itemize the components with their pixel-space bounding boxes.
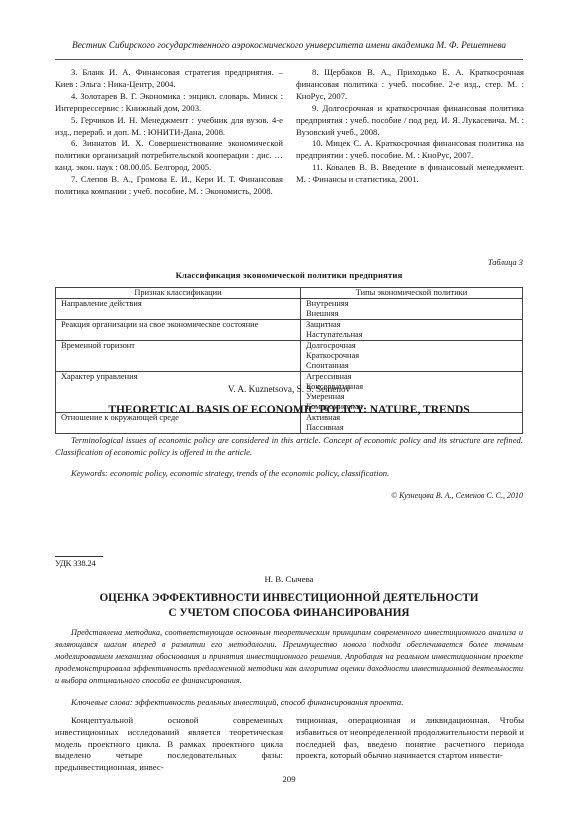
policy-type: Краткосрочная (306, 351, 517, 361)
policy-type: Долгосрочная (306, 341, 517, 351)
english-abstract: Terminological issues of economic policy… (55, 435, 523, 459)
policy-type: Агрессивная (306, 372, 517, 382)
reference-item: 9. Долгосрочная и краткосрочная финансов… (296, 103, 524, 139)
reference-item: 8. Щербаков В. А., Приходько Е. А. Кратк… (296, 67, 524, 103)
copyright: © Кузнецова В. А., Семенов С. С., 2010 (55, 491, 523, 500)
running-head: Вестник Сибирского государственного аэро… (55, 41, 523, 51)
english-authors: V. A. Kuznetsova, S. S. Semenov (55, 384, 523, 394)
table-row: Реакция организации на свое экономическо… (56, 320, 523, 341)
russian-title: ОЦЕНКА ЭФФЕКТИВНОСТИ ИНВЕСТИЦИОННОЙ ДЕЯТ… (55, 591, 523, 620)
reference-item: 11. Ковалев В. В. Введение в финансовый … (296, 162, 524, 186)
reference-item: 10. Мицек С. А. Краткосрочная финансовая… (296, 138, 524, 162)
criterion-cell: Реакция организации на свое экономическо… (56, 320, 301, 341)
table-header-types: Типы экономической политики (301, 288, 523, 299)
russian-keywords: Ключевые слова: эффективность реальных и… (55, 697, 523, 707)
udk-code: УДК 338.24 (55, 558, 96, 568)
page-number: 209 (55, 774, 523, 784)
body-text-right: тиционная, операционная и ликвидационная… (296, 715, 524, 762)
udk-rule (55, 556, 103, 557)
references-left-column: 3. Бланк И. А. Финансовая стратегия пред… (55, 67, 283, 198)
table-header-criterion: Признак классификации (56, 288, 301, 299)
table-row: Временной горизонтДолгосрочнаяКраткосроч… (56, 341, 523, 372)
policy-type: Наступательная (306, 330, 517, 340)
table-label: Таблица 3 (55, 258, 523, 267)
policy-type: Внутренняя (306, 299, 517, 309)
reference-item: 4. Золотарев В. Г. Экономика : энцикл. с… (55, 91, 283, 115)
types-cell: ДолгосрочнаяКраткосрочнаяСпонтанная (301, 341, 523, 372)
references-right-column: 8. Щербаков В. А., Приходько Е. А. Кратк… (296, 67, 524, 186)
criterion-cell: Временной горизонт (56, 341, 301, 372)
russian-title-line-1: ОЦЕНКА ЭФФЕКТИВНОСТИ ИНВЕСТИЦИОННОЙ ДЕЯТ… (55, 591, 523, 606)
policy-type: Пассивная (306, 423, 517, 433)
policy-type: Внешняя (306, 309, 517, 319)
policy-type: Защитная (306, 320, 517, 330)
reference-item: 6. Зиннатов И. Х. Совершенствование экон… (55, 138, 283, 174)
types-cell: ЗащитнаяНаступательная (301, 320, 523, 341)
policy-type: Спонтанная (306, 361, 517, 371)
body-text-left: Концептуальной основой современных инвес… (55, 715, 283, 774)
english-title: THEORETICAL BASIS OF ECONOMIC POLICY: NA… (55, 404, 523, 416)
english-keywords: Keywords: economic policy, economic stra… (55, 468, 523, 478)
reference-item: 5. Герчиков И. Н. Менеджмент : учебник д… (55, 115, 283, 139)
types-cell: ВнутренняяВнешняя (301, 299, 523, 320)
russian-title-line-2: С УЧЕТОМ СПОСОБА ФИНАНСИРОВАНИЯ (55, 606, 523, 621)
russian-abstract: Представлена методика, соответствующая о… (55, 627, 523, 687)
table-row: Направление действияВнутренняяВнешняя (56, 299, 523, 320)
reference-item: 7. Слепов В. А., Громова Е. И., Кери И. … (55, 174, 283, 198)
russian-author: Н. В. Сычева (55, 574, 523, 584)
header-rule (55, 59, 523, 60)
reference-item: 3. Бланк И. А. Финансовая стратегия пред… (55, 67, 283, 91)
criterion-cell: Направление действия (56, 299, 301, 320)
table-header-row: Признак классификации Типы экономической… (56, 288, 523, 299)
table-title: Классификация экономической политики пре… (55, 270, 523, 280)
